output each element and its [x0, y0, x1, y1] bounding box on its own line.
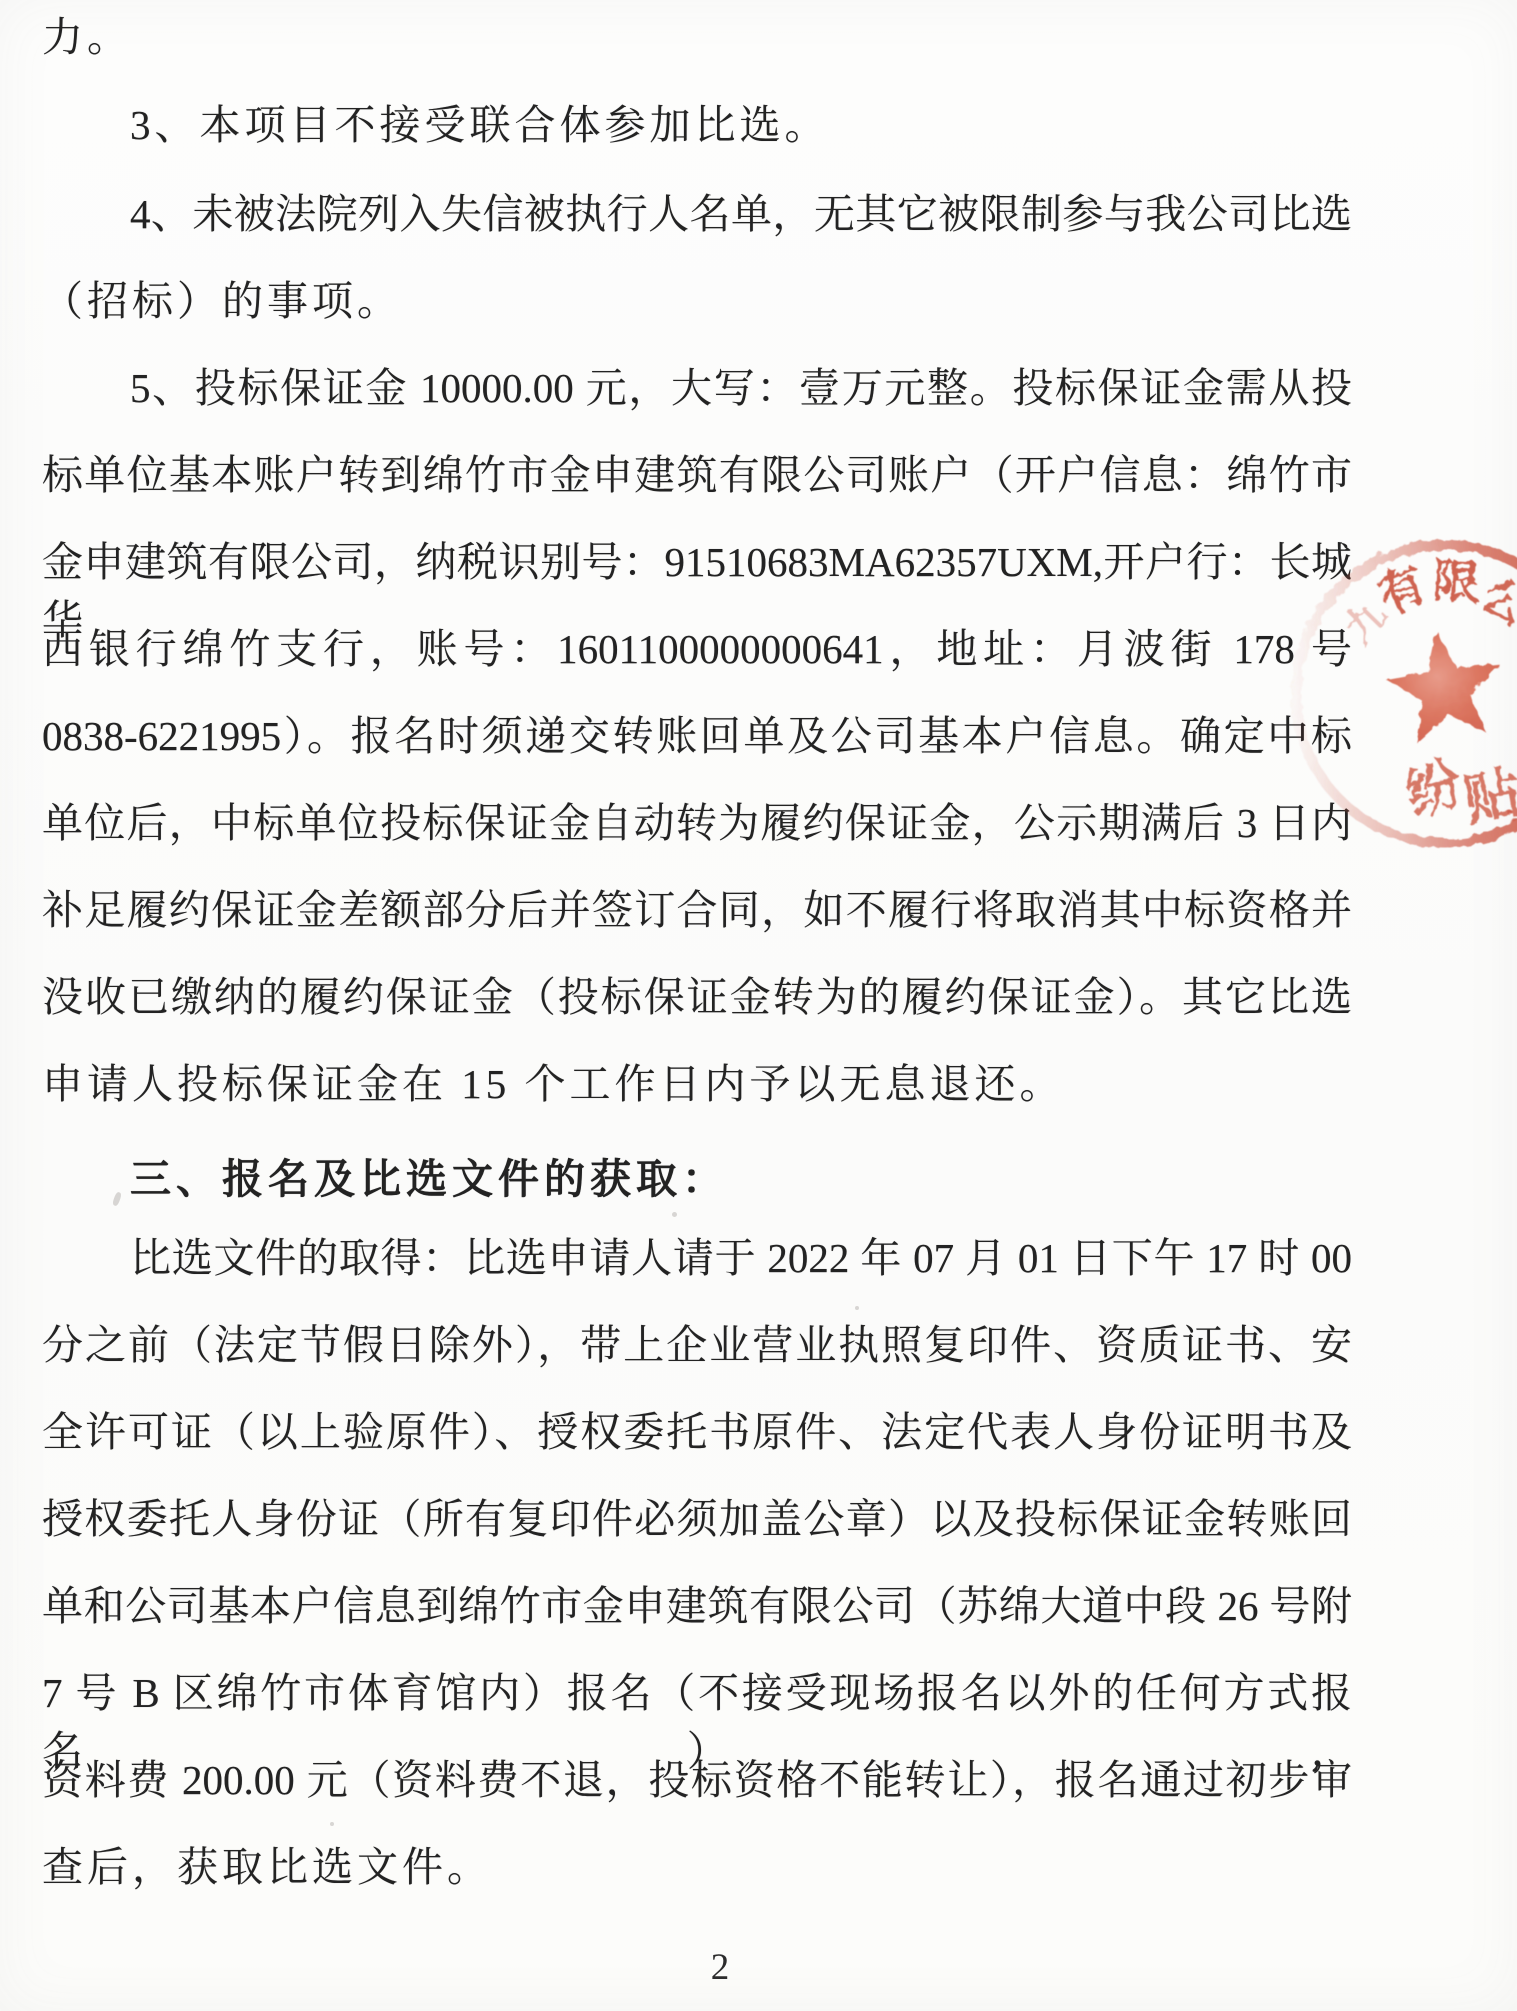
document-line: 金申建筑有限公司，纳税识别号：91510683MA62357UXM,开户行：长城…: [42, 533, 1352, 591]
document-line: 授权委托人身份证（所有复印件必须加盖公章）以及投标保证金转账回: [42, 1490, 1352, 1548]
document-line: 5、投标保证金 10000.00 元，大写：壹万元整。投标保证金需从投: [42, 359, 1352, 417]
scanned-document-page: 力。 3、本项目不接受联合体参加比选。 4、未被法院列入失信被执行人名单，无其它…: [0, 0, 1517, 2011]
seal-inner-char: 贴: [1459, 762, 1517, 833]
document-line: （招标）的事项。: [42, 272, 1352, 330]
seal-star-icon: [1380, 623, 1508, 746]
document-line: 补足履约保证金差额部分后并签订合同，如不履行将取消其中标资格并: [42, 881, 1352, 939]
document-line: 力。: [42, 8, 1352, 66]
document-line: 查后，获取比选文件。: [42, 1838, 1352, 1896]
document-line: 单位后，中标单位投标保证金自动转为履约保证金，公示期满后 3 日内: [42, 794, 1352, 852]
scan-speck: [855, 1306, 859, 1310]
document-line: 申请人投标保证金在 15 个工作日内予以无息退还。: [42, 1055, 1352, 1113]
scan-speck: [672, 1212, 677, 1217]
document-line: 单和公司基本户信息到绵竹市金申建筑有限公司（苏绵大道中段 26 号附: [42, 1577, 1352, 1635]
document-line: 西银行绵竹支行，账号：1601100000000641，地址：月波街 178 号: [42, 620, 1352, 678]
scan-speck: [330, 1822, 334, 1826]
seal-arc-char: 公: [1473, 568, 1517, 635]
document-line: 标单位基本账户转到绵竹市金申建筑有限公司账户（开户信息：绵竹市: [42, 446, 1352, 504]
document-line: 全许可证（以上验原件）、授权委托书原件、法定代表人身份证明书及: [42, 1403, 1352, 1461]
document-line: 0838-6221995）。报名时须递交转账回单及公司基本户信息。确定中标: [42, 707, 1352, 765]
document-line: 没收已缴纳的履约保证金（投标保证金转为的履约保证金）。其它比选: [42, 968, 1352, 1026]
document-line: 3、本项目不接受联合体参加比选。: [42, 96, 1352, 154]
document-line: 比选文件的取得：比选申请人请于 2022 年 07 月 01 日下午 17 时 …: [42, 1229, 1352, 1287]
page-number: 2: [690, 1942, 750, 1994]
document-line: 资料费 200.00 元（资料费不退，投标资格不能转让），报名通过初步审: [42, 1751, 1352, 1809]
seal-arc-char: 限: [1432, 555, 1481, 608]
seal-inner-char: 纷: [1398, 752, 1470, 828]
seal-ink-speck: [1513, 818, 1517, 822]
section-heading: 三、报名及比选文件的获取：: [42, 1150, 1352, 1208]
document-line: 4、未被法院列入失信被执行人名单，无其它被限制参与我公司比选: [42, 185, 1352, 243]
seal-ink-speck: [1507, 810, 1512, 815]
document-line: 分之前（法定节假日除外），带上企业营业执照复印件、资质证书、安: [42, 1316, 1352, 1374]
document-line: 7 号 B 区绵竹市体育馆内）报名（不接受现场报名以外的任何方式报名），: [42, 1664, 1352, 1722]
seal-arc-char: 有: [1371, 558, 1433, 623]
